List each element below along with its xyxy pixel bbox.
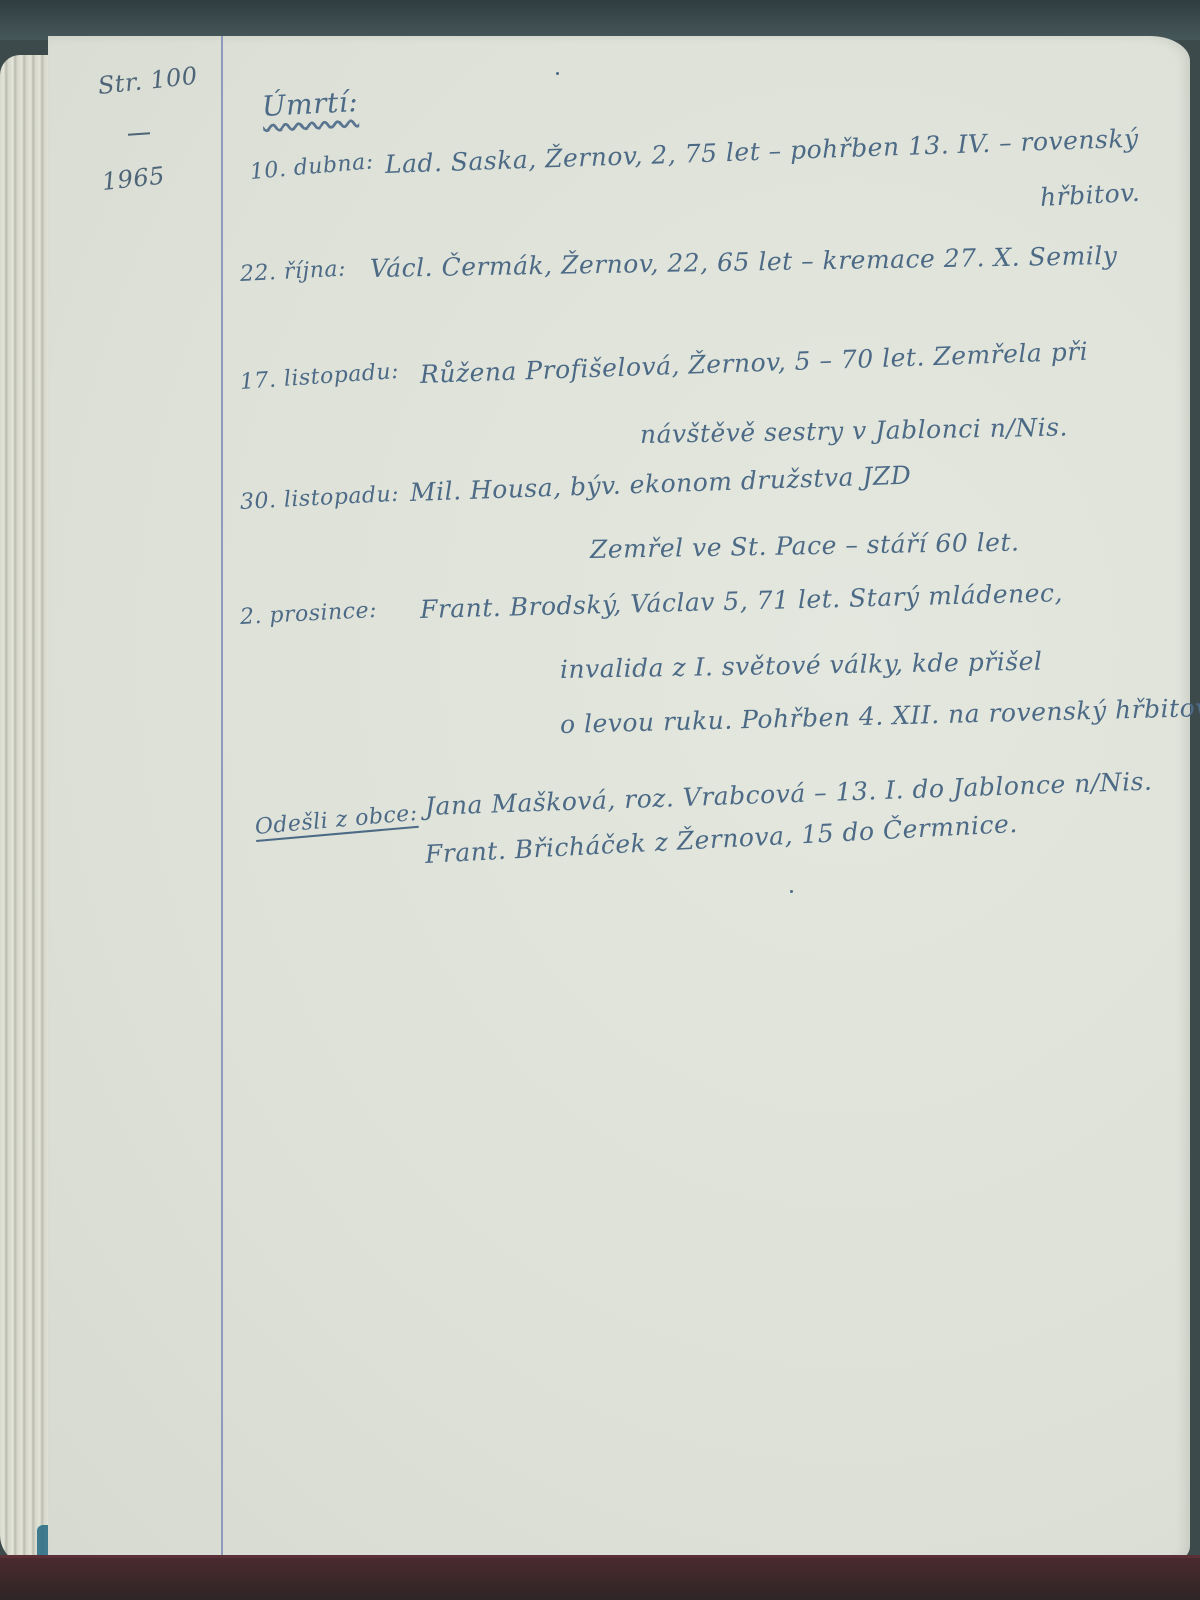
section-heading-deaths: Úmrtí:: [261, 85, 359, 123]
ink-speck: [790, 890, 793, 893]
page-edges: [0, 55, 50, 1565]
entry-text-continued: hřbitov.: [1039, 178, 1141, 212]
background-surface: [0, 0, 1200, 40]
ink-speck: [556, 72, 559, 75]
margin-line: [221, 36, 223, 1566]
book-cover-edge: [0, 1555, 1200, 1600]
